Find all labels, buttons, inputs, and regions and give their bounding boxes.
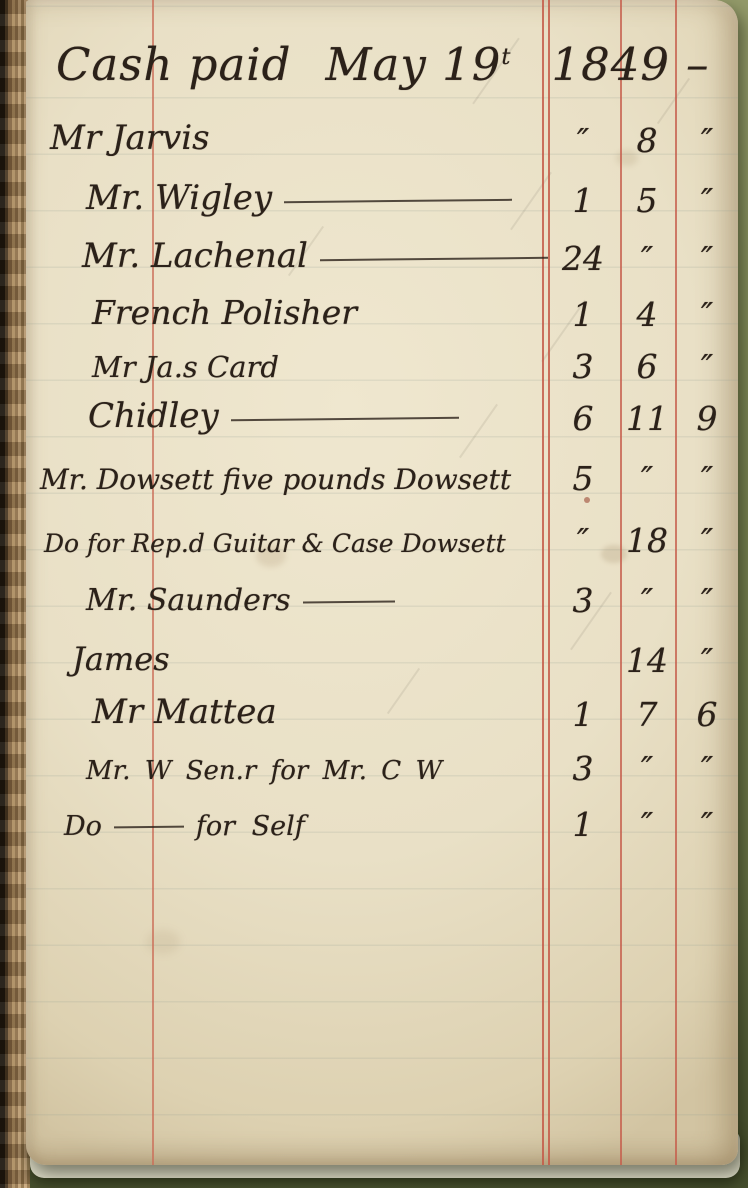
entry-dash [320,257,548,261]
amount-pence: ″ [677,334,737,387]
amount-shillings: 7 [622,682,672,735]
amount-shillings: 5 [622,168,672,221]
amount-shillings: 6 [622,334,672,387]
entry-name: Do for Rep.d Guitar & Case Dowsett [44,529,506,558]
ledger-row: Mr Ja.s Card 3 6 ″ [26,334,738,386]
entry-dash [114,826,184,829]
ledger-row: Mr Mattea 1 7 6 [26,682,738,734]
ledger-row: Mr Jarvis ″ 8 ″ [26,108,738,160]
amount-pounds: 24 [550,226,616,279]
amount-pounds: 3 [550,334,616,387]
entry-name: Mr Jarvis [50,118,210,158]
title-cash-paid: Cash paid [56,38,291,91]
entry-name: Mr. W Sen.r for Mr. C W [86,756,442,786]
entry-dash [284,199,512,203]
entry-name: James [72,640,170,678]
title-date-superscript: t [501,44,511,70]
amount-pence: ″ [677,108,737,161]
amount-pounds: 5 [550,446,616,499]
entry-name: Mr Mattea [92,692,277,732]
entry-name: Mr. Saunders [86,583,407,618]
ledger-row: Do for Rep.d Guitar & Case Dowsett ″ 18 … [26,508,738,560]
ledger-row: French Polisher 1 4 ″ [26,282,738,334]
amount-shillings: 11 [622,386,672,439]
amount-shillings: ″ [622,736,672,789]
entry-name: Mr Ja.s Card [92,350,279,384]
amount-pence: ″ [677,168,737,221]
title-year: 1849 [551,38,670,91]
amount-pence: ″ [677,446,737,499]
amount-pence: ″ [677,628,737,681]
entry-name: Mr. Dowsett five pounds Dowsett [40,463,511,496]
entry-name: Chidley [88,396,471,436]
amount-pence: ″ [677,792,737,845]
entry-name: French Polisher [92,293,357,332]
entry-name: Mr. Lachenal [82,236,560,276]
title-date: May 19 [325,38,501,91]
amount-pence: ″ [677,508,737,561]
ledger-row: Mr. Wigley 1 5 ″ [26,168,738,220]
amount-shillings: 4 [622,282,672,335]
amount-pounds: ″ [550,508,616,561]
amount-shillings: ″ [622,446,672,499]
page-title: Cash paidMay 19t1849– [56,38,709,91]
amount-pounds: 3 [550,736,616,789]
ledger-row: Dofor Self 1 ″ ″ [26,792,738,844]
amount-shillings: ″ [622,568,672,621]
amount-shillings: 14 [622,628,672,681]
ledger-row: James 14 ″ [26,628,738,680]
amount-shillings: 8 [622,108,672,161]
entry-name: Mr. Wigley [86,178,524,218]
ledger-row: Mr. Dowsett five pounds Dowsett 5 ″ ″ [26,446,738,498]
amount-shillings: ″ [622,792,672,845]
ledger-row: Mr. W Sen.r for Mr. C W 3 ″ ″ [26,736,738,788]
ledger-row: Mr. Saunders 3 ″ ″ [26,568,738,620]
amount-pounds: 1 [550,168,616,221]
entry-dash [231,417,459,421]
amount-shillings: ″ [622,226,672,279]
entry-name: Dofor Self [64,811,305,842]
amount-pence: 6 [677,682,737,735]
ledger-row: Chidley 6 11 9 [26,386,738,438]
amount-pounds: 1 [550,792,616,845]
title-end-dash: – [686,38,710,91]
entry-dash [303,601,395,604]
ledger-row: Mr. Lachenal 24 ″ ″ [26,226,738,278]
amount-shillings: 18 [622,508,672,561]
amount-pence: 9 [677,386,737,439]
amount-pence: ″ [677,736,737,789]
amount-pounds: ″ [550,108,616,161]
amount-pence: ″ [677,226,737,279]
amount-pence: ″ [677,568,737,621]
amount-pence: ″ [677,282,737,335]
ledger-page: Cash paidMay 19t1849– Mr Jarvis ″ 8 ″ Mr… [26,0,738,1165]
amount-pounds [550,628,616,681]
amount-pounds: 1 [550,682,616,735]
amount-pounds: 1 [550,282,616,335]
photographed-ledger: { "header": { "word1": "Cash paid", "wor… [0,0,748,1188]
amount-pounds: 3 [550,568,616,621]
amount-pounds: 6 [550,386,616,439]
